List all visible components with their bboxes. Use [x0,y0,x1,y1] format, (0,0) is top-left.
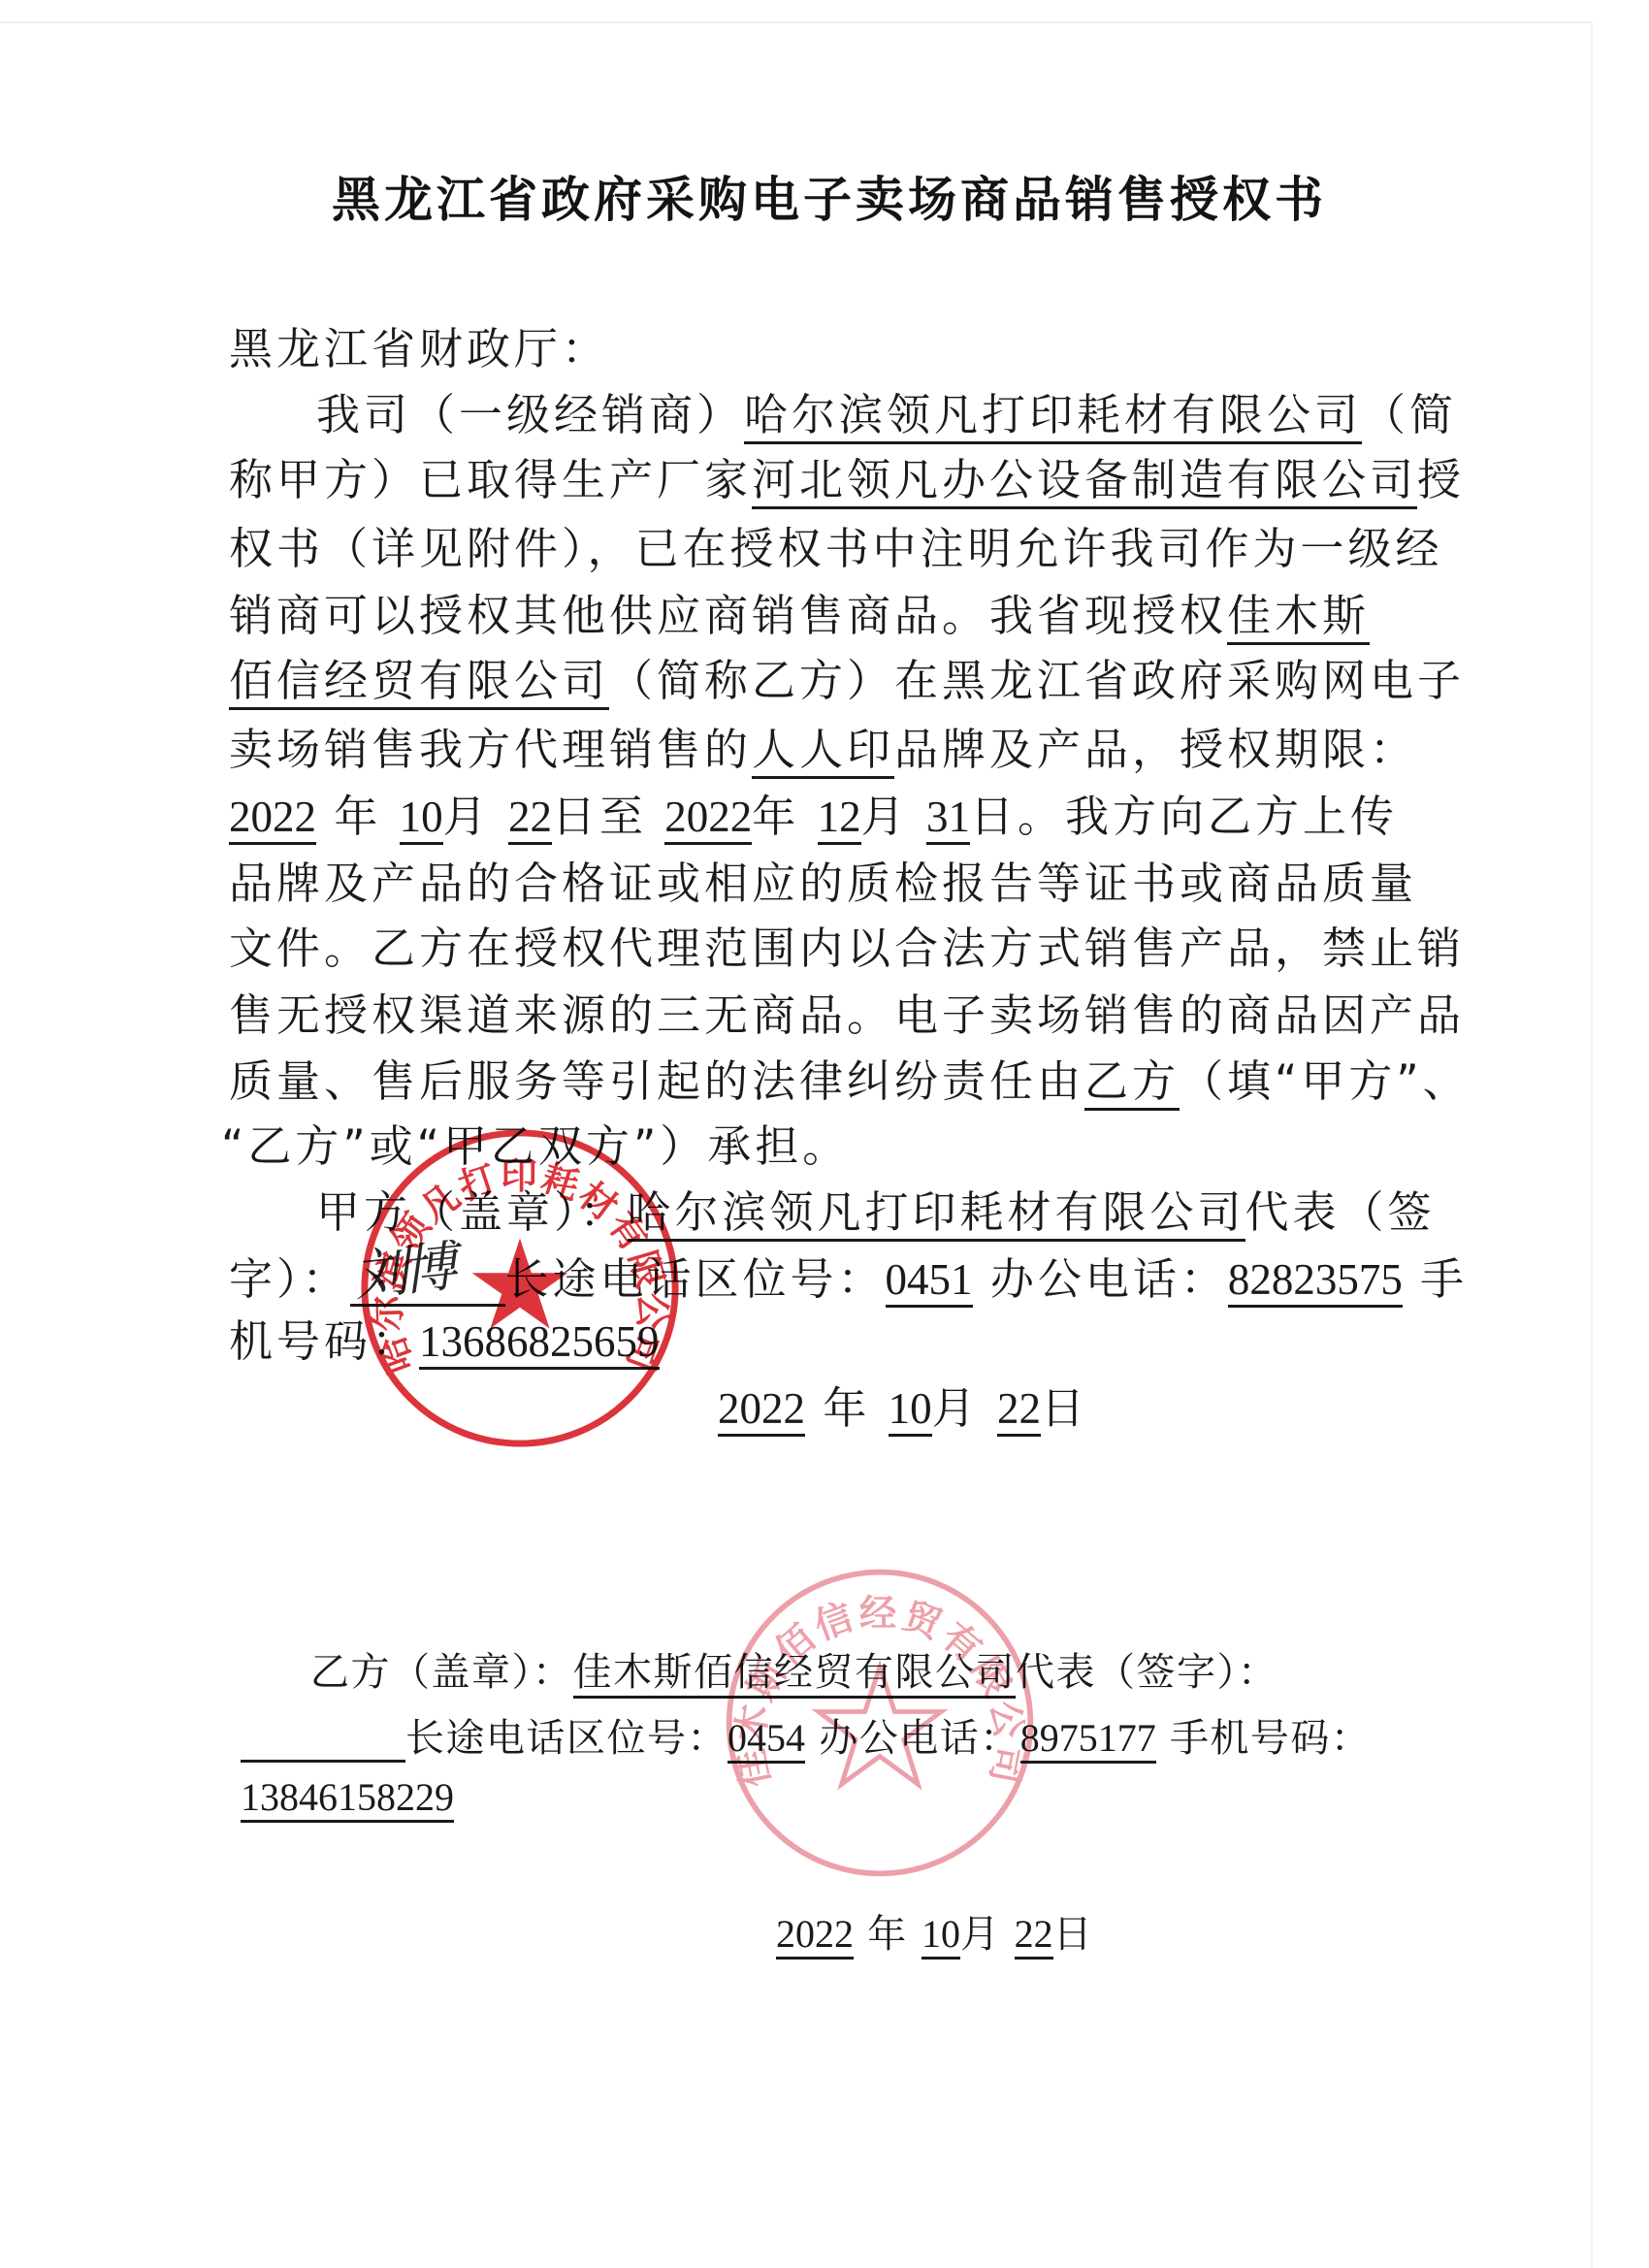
party-a-office-phone: 82823575 [1228,1255,1403,1308]
text: 日 [1053,1912,1094,1957]
party-b-company: 佳木斯佰信经贸有限公司 [573,1650,1017,1699]
signature-field [241,1721,405,1763]
start-month: 10 [400,793,443,845]
start-day: 22 [508,793,552,845]
body-line-7-authorization-period: 2022 年 10月 22日至 2022年 12月 31日。我方向乙方上传 [229,792,1398,842]
party-a-line-1: 甲方（盖章）：哈尔滨领凡打印耗材有限公司代表（签 [316,1187,1436,1238]
text: 日至 [552,791,647,842]
handwritten-signature: 刘博 [351,1243,453,1303]
document-title: 黑龙江省政府采购电子卖场商品销售授权书 [332,173,1282,227]
date-day: 22 [997,1384,1041,1437]
end-month: 12 [818,793,861,845]
body-line-4: 销商可以授权其他供应商销售商品。我省现授权佳木斯 [229,591,1370,641]
date-day: 22 [1015,1912,1053,1960]
body-line-8: 品牌及产品的合格证或相应的质检报告等证书或商品质量 [229,859,1417,909]
text: 月 [960,1912,1001,1957]
text: 长途电话区位号： [405,1716,727,1761]
party-a-area-code: 0451 [886,1255,973,1308]
party-b-label: 乙方（盖章）： [310,1650,573,1695]
body-line-9: 文件。乙方在授权代理范围内以合法方式销售产品，禁止销 [229,923,1465,974]
addressee: 黑龙江省财政厅： [229,324,609,374]
body-line-12: “乙方”或“甲乙双方”）承担。 [221,1121,850,1172]
text: 卖场销售我方代理销售的 [229,724,752,775]
text: “乙方”或“甲乙双方”）承担。 [221,1120,850,1172]
text: 日 [1041,1382,1088,1434]
party-a-line-2: 字）：刘博长途电话区位号：0451 办公电话：82823575 手 [229,1254,1468,1307]
date-month: 10 [921,1912,960,1960]
party-b-name-part2: 佰信经贸有限公司 [229,655,609,710]
text: 代表（签 [1245,1186,1436,1238]
party-a-mobile: 13686825659 [419,1317,660,1370]
date-month: 10 [889,1384,932,1437]
text: 年 [823,1382,870,1434]
text: 授 [1417,454,1465,505]
body-line-10: 售无授权渠道来源的三无商品。电子卖场销售的商品因产品 [229,990,1465,1041]
body-line-5: 佰信经贸有限公司（简称乙方）在黑龙江省政府采购网电子 [229,656,1465,706]
text: 品牌及产品，授权期限： [894,724,1417,775]
text: 年 [752,791,799,842]
party-a-company: 哈尔滨领凡打印耗材有限公司 [628,1186,1245,1242]
text: 月 [932,1382,980,1434]
body-line-2: 称甲方）已取得生产厂家河北领凡办公设备制造有限公司授 [229,455,1465,505]
text: 售无授权渠道来源的三无商品。电子卖场销售的商品因产品 [229,989,1465,1041]
text: 代表（签字）： [1016,1650,1278,1695]
party-b-date: 2022 年 10月 22日 [776,1911,1093,1958]
party-b-office-phone: 8975177 [1020,1716,1156,1764]
text: 手 [1420,1253,1468,1305]
party-a-label: 甲方（盖章）： [316,1186,628,1238]
text: 品牌及产品的合格证或相应的质检报告等证书或商品质量 [229,858,1417,909]
text: （填“甲方”、 [1180,1055,1471,1107]
party-b-mobile: 13846158229 [241,1775,454,1823]
manufacturer-name: 河北领凡办公设备制造有限公司 [752,454,1417,509]
addressee-text: 黑龙江省财政厅： [229,323,609,374]
body-line-6: 卖场销售我方代理销售的人人印品牌及产品，授权期限： [229,725,1417,775]
text: 字）： [229,1253,350,1305]
text: 月 [861,791,909,842]
text: （简称乙方）在黑龙江省政府采购网电子 [609,655,1465,706]
text: 长途电话区位号： [505,1253,886,1305]
party-a-date: 2022 年 10月 22日 [718,1383,1088,1434]
text: 年 [867,1912,908,1957]
party-b-name-part1: 佳木斯 [1227,590,1370,645]
party-a-name: 哈尔滨领凡打印耗材有限公司 [744,389,1362,444]
text: 质量、售后服务等引起的法律纠纷责任由 [229,1055,1084,1107]
text: 年 [334,791,381,842]
text: 文件。乙方在授权代理范围内以合法方式销售产品，禁止销 [229,923,1465,974]
liable-party: 乙方 [1084,1055,1180,1111]
body-line-1: 我司（一级经销商）哈尔滨领凡打印耗材有限公司（简 [316,390,1457,440]
text: 日。我方向乙方上传 [970,791,1398,842]
party-b-line-2: 长途电话区位号：0454 办公电话：8975177 手机号码： [241,1715,1371,1763]
text: 月 [443,791,491,842]
party-b-line-3: 13846158229 [241,1774,454,1821]
brand-name: 人人印 [752,724,894,779]
end-day: 31 [926,793,970,845]
text: 手机号码： [1170,1716,1372,1761]
body-line-11: 质量、售后服务等引起的法律纠纷责任由乙方（填“甲方”、 [229,1056,1471,1107]
text: 机号码： [229,1315,419,1367]
start-year: 2022 [229,793,316,845]
text: （简 [1362,389,1457,440]
date-year: 2022 [718,1384,805,1437]
text: 称甲方）已取得生产厂家 [229,454,752,505]
party-b-area-code: 0454 [727,1716,805,1764]
text: 权书（详见附件），已在授权书中注明允许我司作为一级经 [229,523,1443,574]
date-year: 2022 [776,1912,854,1960]
text: 办公电话： [819,1716,1020,1761]
text: 销商可以授权其他供应商销售商品。我省现授权 [229,590,1227,641]
body-line-3: 权书（详见附件），已在授权书中注明允许我司作为一级经 [229,524,1443,574]
text: 我司（一级经销商） [316,389,744,440]
end-year: 2022 [664,793,752,845]
signature-field: 刘博 [350,1265,505,1307]
party-b-line-1: 乙方（盖章）：佳木斯佰信经贸有限公司代表（签字）： [310,1649,1278,1696]
party-a-line-3: 机号码：13686825659 [229,1316,660,1367]
text: 办公电话： [990,1253,1228,1305]
